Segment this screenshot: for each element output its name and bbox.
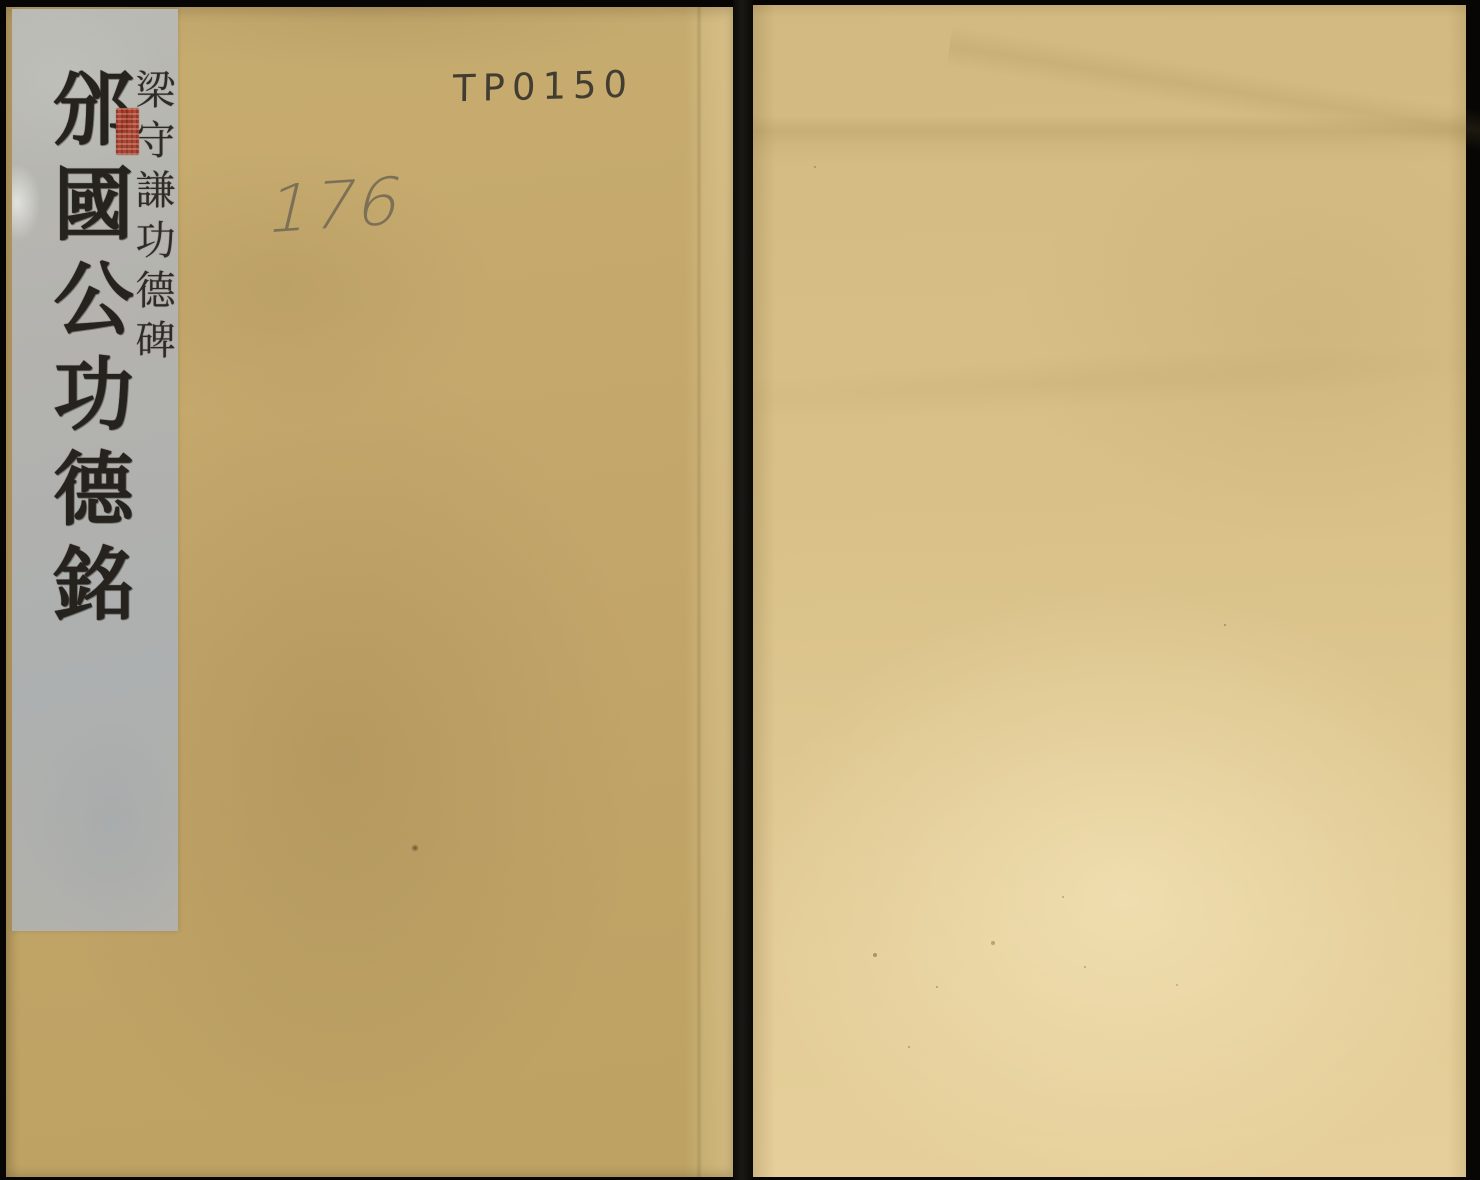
page-gap [733,0,753,1180]
paper-crease [751,316,1468,443]
catalog-number-handwriting: TP0150 [453,63,634,111]
book-cover-scan: 邠國公功德銘 梁守謙功德碑 TP0150 176 [0,0,1480,1180]
back-page [753,5,1466,1177]
front-cover-page: 邠國公功德銘 梁守謙功德碑 TP0150 176 [6,7,733,1177]
title-label-slip: 邠國公功德銘 梁守謙功德碑 [12,9,178,931]
foxing-spots [873,953,877,957]
red-seal-stamp [116,108,139,155]
pencil-number-handwriting: 176 [260,162,413,248]
paper-crease [946,26,1480,158]
